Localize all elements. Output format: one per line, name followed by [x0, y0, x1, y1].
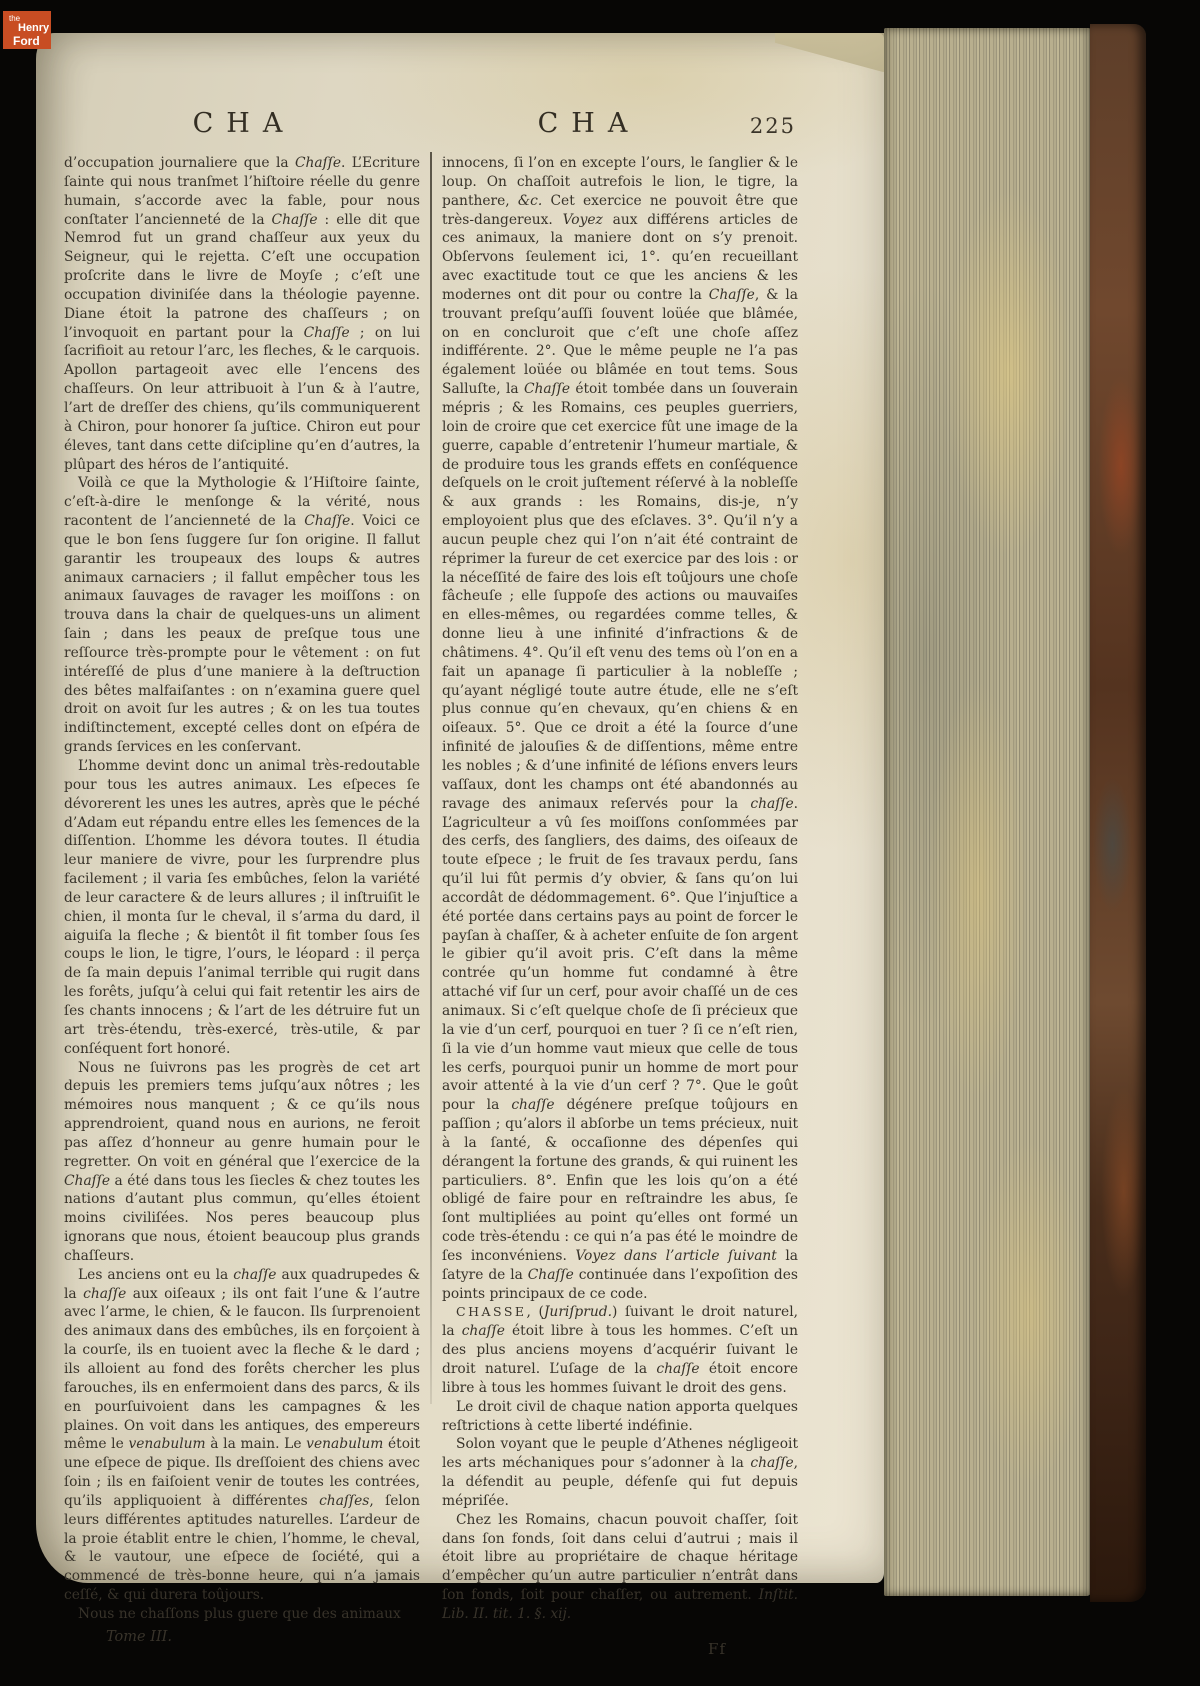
paragraph: Chasse, (Juriſprud.) ſuivant le droit na…	[442, 1303, 798, 1397]
paragraph: innocens, ſi l’on en excepte l’ours, le …	[442, 154, 798, 1303]
logo-text-henry: Henry	[18, 23, 51, 34]
left-column: d’occupation journaliere que la Chaſſe. …	[64, 154, 420, 1659]
page-number: 225	[750, 114, 796, 138]
logo-text-ford: Ford	[13, 35, 51, 47]
paragraph: Solon voyant que le peuple d’Athenes nég…	[442, 1435, 798, 1510]
paragraph: Les anciens ont eu la chaſſe aux quadrup…	[64, 1266, 420, 1605]
tome-signature: Tome III.	[106, 1628, 420, 1647]
right-column: innocens, ſi l’on en excepte l’ours, le …	[442, 154, 798, 1659]
henry-ford-logo: the Henry Ford	[3, 11, 51, 49]
paragraph: Voilà ce que la Mythologie & l’Hiſtoire …	[64, 474, 420, 757]
paragraph: d’occupation journaliere que la Chaſſe. …	[64, 154, 420, 474]
paragraph: L’homme devint donc un animal très-redou…	[64, 757, 420, 1059]
running-head: CHA CHA 225	[64, 108, 798, 148]
paragraph: Nous ne ſuivrons pas les progrès de cet …	[64, 1059, 420, 1266]
running-head-left: CHA	[64, 108, 424, 139]
book-cover-board	[1090, 24, 1146, 1602]
paragraph: Chez les Romains, chacun pouvoit chaſſer…	[442, 1511, 798, 1624]
paragraph: Nous ne chaſſons plus guere que des anim…	[64, 1605, 420, 1624]
printed-text-block: CHA CHA 225 d’occupation journaliere que…	[64, 106, 798, 1659]
column-divider-rule	[430, 152, 432, 1404]
paragraph: Le droit civil de chaque nation apporta …	[442, 1398, 798, 1436]
running-head-right: CHA	[444, 108, 734, 139]
book-fore-edge-pages	[884, 28, 1092, 1596]
catchword: Ff	[442, 1640, 798, 1659]
